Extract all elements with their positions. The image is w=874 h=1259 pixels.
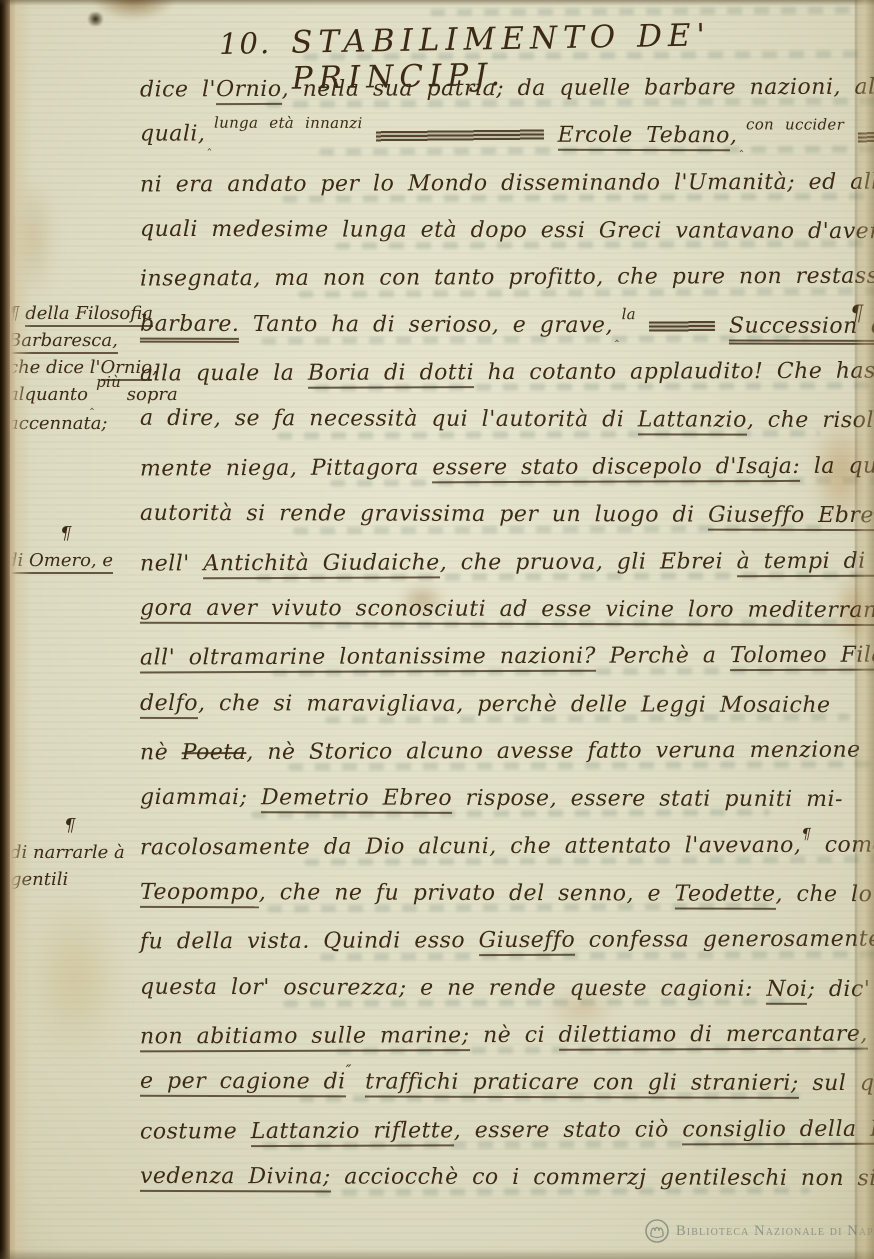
handwritten-text: , bbox=[730, 124, 738, 149]
handwritten-text: racolosamente da Dio alcuni, che attenta… bbox=[140, 832, 801, 860]
manuscript-line: vedenza Divina; acciocchè co i commerzj … bbox=[140, 1162, 874, 1194]
insertion-caret: ‸ bbox=[615, 320, 620, 350]
handwritten-text: Poeta bbox=[182, 740, 247, 765]
struck-out-word bbox=[376, 129, 544, 144]
handwritten-text: , nè Storico alcuno avesse fatto veruna … bbox=[246, 738, 860, 765]
binding-highlight bbox=[10, 0, 32, 1259]
handwritten-text: non abitiamo sulle marine; bbox=[140, 1023, 470, 1052]
manuscript-line: giammai; Demetrio Ebreo rispose, essere … bbox=[140, 783, 843, 815]
handwritten-text: Antichità Giudaiche bbox=[203, 550, 440, 579]
handwritten-text: dice l' bbox=[140, 77, 216, 102]
handwritten-text: Demetrio Ebreo bbox=[261, 786, 452, 815]
handwritten-text: , essere stato ciò bbox=[454, 1117, 683, 1143]
manuscript-line: mente niega, Pittagora essere stato disc… bbox=[140, 451, 874, 484]
interlinear-insertion: ″ bbox=[346, 1056, 352, 1086]
manuscript-line: Teopompo, che ne fu privato del senno, e… bbox=[140, 878, 872, 910]
handwritten-text: à tempi di Pitta- bbox=[737, 548, 874, 577]
handwritten-text: ha cotanto applaudito! Che hassi bbox=[474, 359, 874, 386]
manuscript-line: fu della vista. Quindi esso Giuseffo con… bbox=[140, 925, 874, 958]
handwritten-text: della Filosofia bbox=[25, 303, 153, 327]
handwritten-text: delfo bbox=[140, 690, 198, 718]
handwritten-text: insegnata, ma non con tanto profitto, ch… bbox=[140, 264, 874, 292]
manuscript-line: e per cagione di″ traffichi praticare co… bbox=[140, 1067, 874, 1100]
handwritten-text: confessa generosamente bbox=[575, 927, 874, 953]
handwritten-text: Ercole Tebano bbox=[558, 123, 730, 152]
ink-blot bbox=[86, 12, 105, 26]
handwritten-text: Tolomeo Fila- bbox=[730, 643, 874, 672]
handwritten-text: vedenza Divina; bbox=[140, 1164, 331, 1193]
handwritten-text: , che ne fu privato del senno, e bbox=[259, 880, 675, 906]
handwritten-text bbox=[352, 1070, 366, 1095]
handwritten-text: Tanto ha di serioso, e grave, bbox=[239, 312, 613, 338]
manuscript-page: 10. STABILIMENTO DE' PRINCIPJ. dice l'Or… bbox=[0, 0, 874, 1259]
page-bottom-edge bbox=[0, 1249, 874, 1259]
handwritten-text: Perchè a bbox=[596, 643, 730, 669]
handwritten-text: Teodette bbox=[674, 881, 775, 909]
manuscript-line: dice l'Ornio, nella sua patria; da quell… bbox=[140, 73, 874, 106]
handwritten-text: all' oltramarine lontanissime nazioni? bbox=[140, 644, 596, 674]
library-watermark-text: Biblioteca Nazionale di Napoli bbox=[676, 1223, 874, 1240]
handwritten-text: gora aver vivuto sconosciuti ad esse vic… bbox=[140, 596, 874, 627]
insertion-caret: ‸ bbox=[207, 129, 212, 159]
handwritten-text bbox=[544, 123, 558, 148]
page-top-edge bbox=[0, 0, 874, 6]
insertion-caret: ‸ bbox=[739, 131, 744, 161]
manuscript-line: nell' Antichità Giudaiche, che pruova, g… bbox=[140, 546, 874, 579]
margin-note-filosofia-barbaresca: ¶ della FilosofiaBarbaresca,che dice l'O… bbox=[8, 300, 236, 437]
handwritten-text: Lattanzio bbox=[638, 408, 747, 436]
handwritten-text: , nella sua patria; da quelle barbare na… bbox=[282, 75, 874, 102]
manuscript-line: barbare. Tanto ha di serioso, e grave,‸l… bbox=[140, 309, 874, 344]
interlinear-insertion: più bbox=[96, 369, 121, 396]
handwritten-text bbox=[636, 313, 650, 338]
insertion-caret: ‸ bbox=[90, 390, 94, 417]
manuscript-line: quali,‸lunga età innanzi Ercole Tebano,‸… bbox=[140, 120, 874, 155]
handwritten-text: dilettiamo di mercantare, bbox=[559, 1022, 868, 1051]
paper-stain bbox=[28, 895, 123, 1060]
manuscript-line: all' oltramarine lontanissime nazioni? P… bbox=[140, 641, 874, 674]
handwritten-text: Boria di dotti bbox=[308, 360, 474, 389]
handwritten-text bbox=[715, 313, 729, 338]
handwritten-text: autorità si rende gravissima per un luog… bbox=[140, 501, 708, 528]
handwritten-text: costume bbox=[140, 1119, 251, 1144]
margin-note-line: alquanto‸più sopra bbox=[8, 381, 236, 410]
handwritten-text: quali, bbox=[140, 122, 206, 147]
manuscript-line: ni era andato per lo Mondo disseminando … bbox=[140, 167, 874, 200]
manuscript-line: questa lor' oscurezza; e ne rende queste… bbox=[140, 972, 874, 1004]
margin-note-line: che dice l'Ornio, bbox=[8, 354, 236, 381]
handwritten-text: Giuseffo Ebreo bbox=[708, 503, 874, 532]
handwritten-text: Lattanzio riflette bbox=[251, 1118, 454, 1147]
margin-note-line: accennata; bbox=[8, 410, 236, 437]
handwritten-text: Ornio bbox=[216, 77, 282, 105]
handwritten-text: ¶ bbox=[64, 815, 75, 836]
interlinear-insertion: ¶ bbox=[801, 818, 811, 848]
manuscript-line: non abitiamo sulle marine; nè ci diletti… bbox=[140, 1020, 868, 1053]
manuscript-line: gora aver vivuto sconosciuti ad esse vic… bbox=[140, 594, 874, 627]
chapter-number: 10. bbox=[219, 26, 272, 61]
manuscript-line: autorità si rende gravissima per un luog… bbox=[140, 499, 874, 531]
handwritten-text: , che pruova, gli Ebrei bbox=[440, 549, 737, 575]
handwritten-text: nell' bbox=[140, 551, 203, 576]
handwritten-text: Teopompo bbox=[140, 880, 259, 908]
handwritten-text: essere stato discepolo d'Isaja: bbox=[432, 454, 800, 483]
handwritten-text: rispose, essere stati puniti mi- bbox=[452, 786, 843, 812]
handwritten-text: Giuseffo bbox=[479, 928, 576, 956]
manuscript-line: insegnata, ma non con tanto profitto, ch… bbox=[140, 262, 874, 295]
handwritten-text: mente niega, Pittagora bbox=[140, 455, 433, 481]
handwritten-text: nè ci bbox=[470, 1023, 559, 1048]
handwritten-text: sopra bbox=[121, 384, 178, 405]
manuscript-line: costume Lattanzio riflette, essere stato… bbox=[140, 1114, 874, 1147]
handwritten-text: traffichi praticare con gli stranieri; bbox=[365, 1070, 799, 1099]
handwritten-text: ¶ bbox=[60, 523, 71, 544]
handwritten-text: e per cagione di bbox=[140, 1069, 346, 1098]
interlinear-insertion: con uccider bbox=[746, 110, 844, 140]
manuscript-line: nè Poeta, nè Storico alcuno avesse fatto… bbox=[140, 736, 861, 769]
show-through-text bbox=[430, 7, 850, 16]
handwritten-text: questa lor' oscurezza; e ne rende queste… bbox=[140, 974, 767, 1001]
library-logo-icon bbox=[644, 1218, 670, 1244]
handwritten-text: ni era andato per lo Mondo disseminando … bbox=[140, 169, 874, 197]
page-right-edge bbox=[857, 0, 874, 1259]
handwritten-text: fu della vista. Quindi esso bbox=[140, 928, 479, 954]
struck-out-word bbox=[649, 320, 715, 334]
margin-note-line: Barbaresca, bbox=[8, 327, 236, 354]
handwritten-text: acciocchè co i commerzj gentileschi non … bbox=[331, 1164, 874, 1191]
manuscript-line: delfo, che si maravigliava, perchè delle… bbox=[140, 688, 831, 720]
interlinear-insertion: lunga età innanzi bbox=[214, 108, 363, 138]
interlinear-insertion: la bbox=[622, 299, 636, 329]
handwritten-text: quali medesime lunga età dopo essi Greci… bbox=[140, 217, 874, 244]
handwritten-text: nè bbox=[140, 740, 182, 765]
margin-note-line: ¶ della Filosofia bbox=[8, 300, 236, 327]
handwritten-text: consiglio della Prov- bbox=[682, 1116, 874, 1145]
handwritten-text bbox=[363, 122, 377, 147]
manuscript-line: quali medesime lunga età dopo essi Greci… bbox=[140, 215, 874, 247]
manuscript-line: racolosamente da Dio alcuni, che attenta… bbox=[140, 830, 874, 864]
manuscript-line: a dire, se fa necessità qui l'autorità d… bbox=[140, 404, 874, 436]
handwritten-text: giammai; bbox=[140, 785, 261, 810]
handwritten-text: Noi bbox=[766, 976, 807, 1004]
handwritten-text: , che si maravigliava, perchè delle Legg… bbox=[198, 691, 831, 718]
library-watermark: Biblioteca Nazionale di Napoli bbox=[644, 1218, 874, 1244]
manuscript-line: alla quale la Boria di dotti ha cotanto … bbox=[140, 357, 874, 390]
handwritten-text: , bbox=[152, 357, 158, 378]
